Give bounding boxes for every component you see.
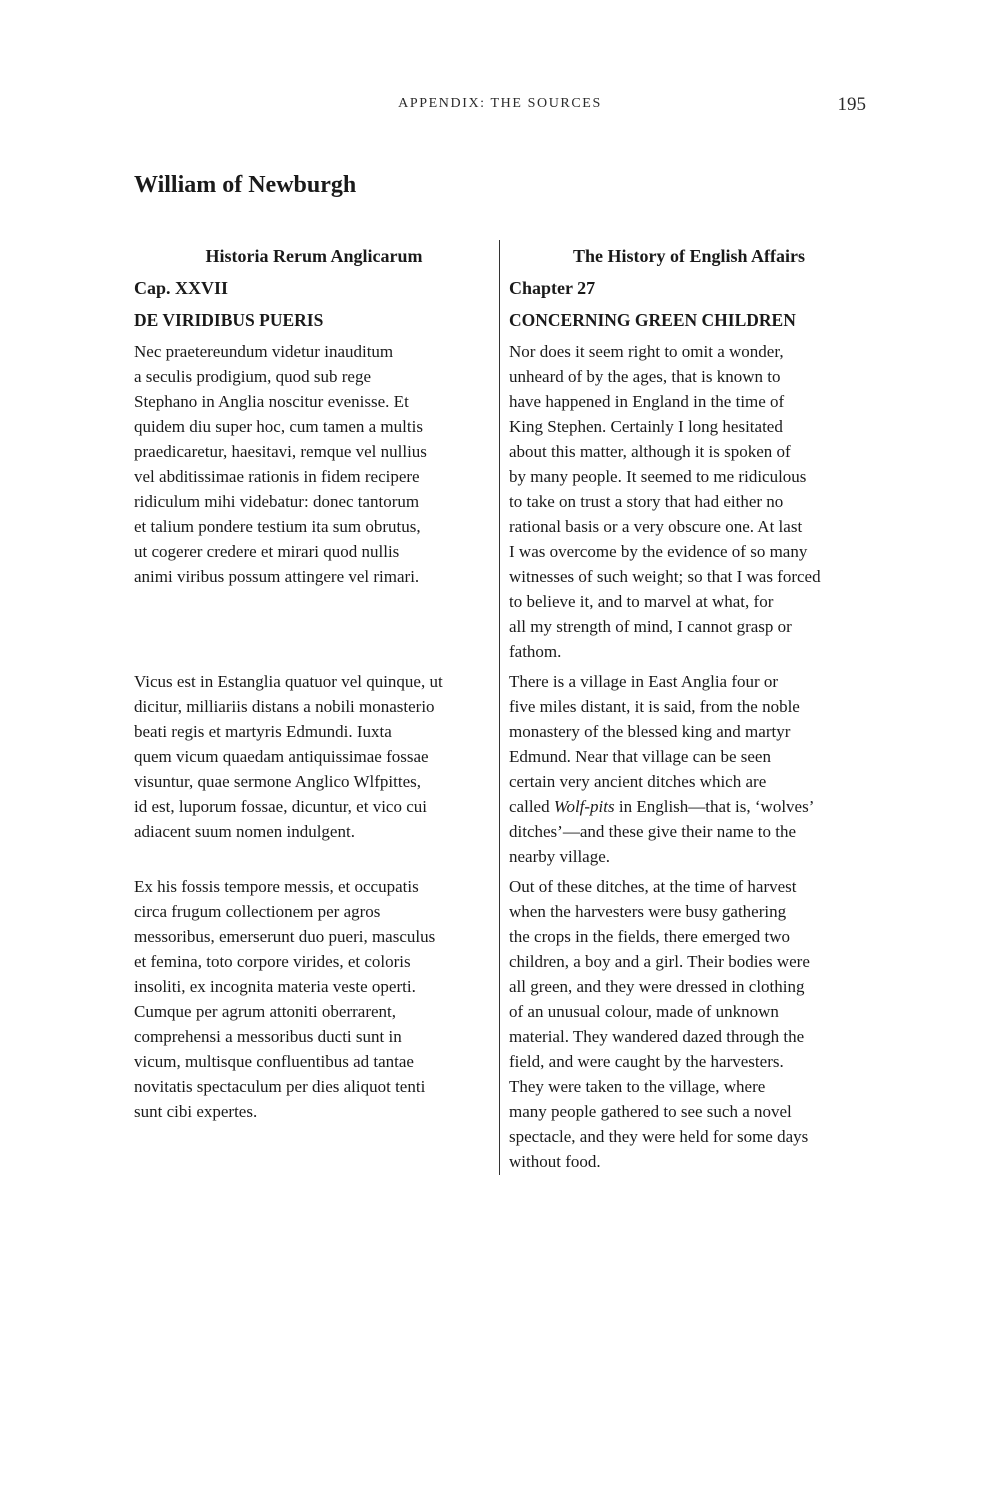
left-chapter-number: Cap. XXVII bbox=[134, 275, 228, 301]
left-paragraph-1: Nec praetereundum videtur inauditum a se… bbox=[134, 339, 494, 589]
left-paragraph-3: Ex his fossis tempore messis, et occupat… bbox=[134, 874, 494, 1124]
column-divider bbox=[499, 240, 500, 1175]
right-work-title: The History of English Affairs bbox=[509, 243, 869, 269]
left-work-title: Historia Rerum Anglicarum bbox=[134, 243, 494, 269]
right-paragraph-1: Nor does it seem right to omit a wonder,… bbox=[509, 339, 869, 664]
left-paragraph-2: Vicus est in Estanglia quatuor vel quinq… bbox=[134, 669, 494, 844]
page-number: 195 bbox=[826, 94, 866, 116]
section-title: William of Newburgh bbox=[134, 172, 356, 199]
right-paragraph-2: There is a village in East Anglia four o… bbox=[509, 669, 869, 869]
right-chapter-number: Chapter 27 bbox=[509, 275, 595, 301]
right-paragraph-2-text-a: There is a village in East Anglia four o… bbox=[509, 672, 800, 816]
right-chapter-title: CONCERNING GREEN CHILDREN bbox=[509, 307, 796, 333]
wolf-pits-term: Wolf-pits bbox=[554, 797, 615, 816]
left-chapter-title: DE VIRIDIBUS PUERIS bbox=[134, 307, 323, 333]
right-paragraph-3: Out of these ditches, at the time of har… bbox=[509, 874, 869, 1174]
